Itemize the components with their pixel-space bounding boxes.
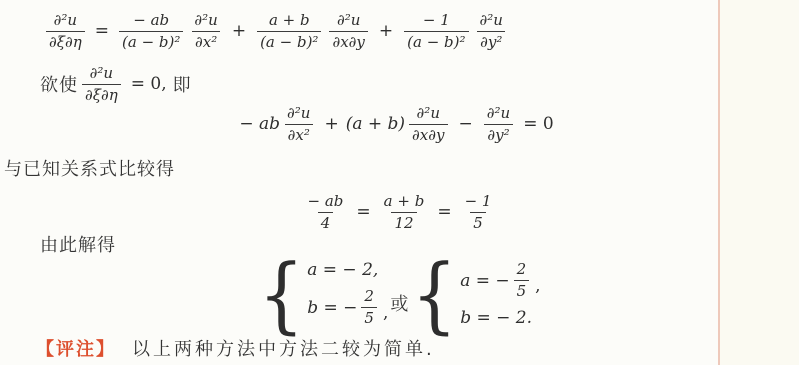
- fraction-denominator: ∂y²: [477, 31, 505, 52]
- fraction-denominator: (a − b)²: [119, 31, 183, 52]
- term-a-plus-b: (a + b): [346, 114, 405, 134]
- fraction-numerator: ∂²u: [284, 104, 313, 124]
- plus-sign: +: [379, 21, 393, 41]
- display-equation-condition: − ab ∂²u ∂x² + (a + b) ∂²u ∂x∂y − ∂²u ∂y…: [0, 98, 799, 150]
- fraction-numerator: ∂²u: [414, 104, 443, 124]
- fraction-numerator: − ab: [305, 192, 347, 212]
- equals-sign: =: [356, 202, 370, 222]
- fraction-minus-1-over-5: − 1 5: [462, 192, 495, 233]
- fraction-denominator: ∂y²: [484, 124, 512, 145]
- fraction-denominator: ∂x∂y: [409, 124, 447, 145]
- fraction-denominator: 4: [318, 212, 334, 233]
- fraction-numerator: − 1: [462, 192, 495, 212]
- equals-zero-text: = 0,: [131, 74, 167, 94]
- or-text: 或: [390, 290, 409, 316]
- fraction-uxy: ∂²u ∂x∂y: [409, 104, 447, 145]
- solution-system-2: { a = − 2 5 , b = − 2.: [411, 258, 540, 330]
- fraction-denominator: 5: [514, 280, 530, 301]
- fraction-uxy: ∂²u ∂x∂y: [329, 11, 367, 52]
- solution-systems: { a = − 2, b = − 2 5 , 或 { a = − 2 5 ,: [0, 248, 799, 340]
- fraction-uxx: ∂²u ∂x²: [191, 11, 220, 52]
- left-brace: {: [258, 253, 304, 336]
- fraction-numerator: ∂²u: [51, 11, 80, 31]
- comma: ,: [383, 303, 388, 328]
- comma: ,: [535, 276, 540, 301]
- fraction-a-plus-b-over-12: a + b 12: [381, 192, 428, 233]
- solution-system-1: { a = − 2, b = − 2 5 ,: [258, 258, 388, 330]
- condition-prefix-text: 欲使: [40, 71, 78, 97]
- equals-sign: =: [437, 202, 451, 222]
- fraction-numerator: − ab: [130, 11, 172, 31]
- fraction-numerator: 2: [514, 260, 530, 280]
- comment-line: 【评注】 以上两种方法中方法二较为简单.: [36, 334, 435, 362]
- compare-sentence: 与已知关系式比较得: [4, 154, 175, 182]
- plus-sign: +: [232, 21, 246, 41]
- fraction-denominator: 5: [361, 307, 377, 328]
- minus-sign: −: [459, 114, 473, 134]
- fraction-denominator: (a − b)²: [257, 31, 321, 52]
- equals-sign: =: [95, 21, 109, 41]
- fraction-coefficient-2: a + b (a − b)²: [257, 11, 321, 52]
- comment-body-text: 以上两种方法中方法二较为简单.: [132, 335, 435, 361]
- fraction-minus-ab-over-4: − ab 4: [305, 192, 347, 233]
- fraction-coefficient-1: − ab (a − b)²: [119, 11, 183, 52]
- fraction-numerator: ∂²u: [484, 104, 513, 124]
- case-lead: b = −: [307, 298, 357, 318]
- fraction-numerator: ∂²u: [334, 11, 363, 31]
- fraction-numerator: ∂²u: [191, 11, 220, 31]
- fraction-denominator: ∂ξ∂η: [46, 31, 85, 52]
- left-brace: {: [411, 253, 457, 336]
- fraction-denominator: 12: [391, 212, 416, 233]
- compare-text: 与已知关系式比较得: [4, 155, 175, 181]
- fraction-uyy: ∂²u ∂y²: [484, 104, 513, 145]
- fraction-uyy: ∂²u ∂y²: [477, 11, 506, 52]
- case-row-b: b = − 2.: [460, 308, 532, 328]
- fraction-numerator: a + b: [266, 11, 313, 31]
- fraction-denominator: 5: [470, 212, 486, 233]
- equals-zero-text: = 0: [523, 114, 553, 134]
- fraction-numerator: a + b: [381, 192, 428, 212]
- display-equation-ratios: − ab 4 = a + b 12 = − 1 5: [0, 184, 799, 240]
- fraction-numerator: − 1: [420, 11, 453, 31]
- case-row-b: b = − 2 5 ,: [307, 287, 388, 328]
- display-equation-transformed-pde: ∂²u ∂ξ∂η = − ab (a − b)² ∂²u ∂x² + a + b…: [42, 4, 510, 58]
- fraction-2-over-5: 2 5: [514, 260, 530, 301]
- fraction-coefficient-3: − 1 (a − b)²: [404, 11, 468, 52]
- case-lead: a = −: [460, 271, 509, 291]
- fraction-denominator: (a − b)²: [404, 31, 468, 52]
- fraction-lhs: ∂²u ∂ξ∂η: [46, 11, 85, 52]
- fraction-uxx: ∂²u ∂x²: [284, 104, 313, 145]
- plus-sign: +: [324, 114, 338, 134]
- comment-label: 【评注】: [36, 335, 116, 361]
- fraction-numerator: ∂²u: [477, 11, 506, 31]
- fraction-numerator: 2: [361, 287, 377, 307]
- condition-suffix-text: 即: [173, 71, 192, 97]
- fraction-denominator: ∂x²: [285, 124, 313, 145]
- term-minus-ab: − ab: [239, 114, 280, 134]
- fraction-numerator: ∂²u: [87, 64, 116, 84]
- fraction-denominator: ∂x²: [192, 31, 220, 52]
- fraction-2-over-5: 2 5: [361, 287, 377, 328]
- fraction-denominator: ∂x∂y: [329, 31, 367, 52]
- case-row-a: a = − 2 5 ,: [460, 260, 540, 301]
- case-row-a: a = − 2,: [307, 260, 378, 280]
